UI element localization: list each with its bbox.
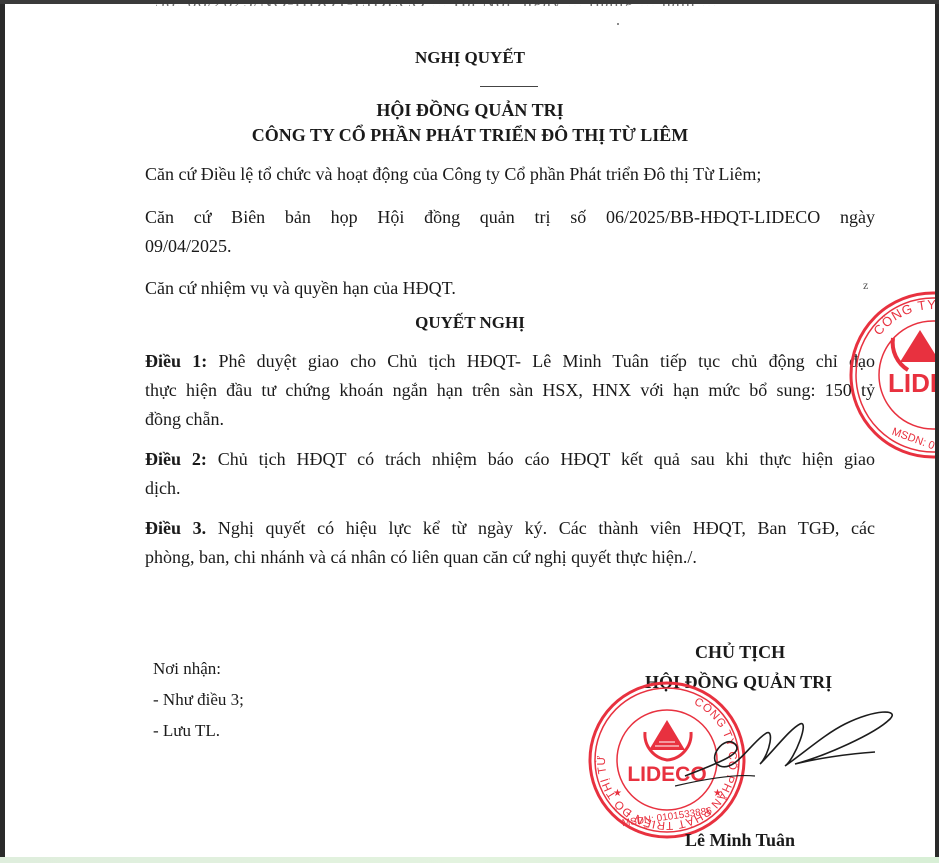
article-3-label: Điều 3. bbox=[145, 518, 206, 538]
article-1-line-1: Phê duyệt giao cho Chủ tịch HĐQT- Lê Min… bbox=[207, 351, 875, 371]
article-2: Điều 2: Chủ tịch HĐQT có trách nhiệm báo… bbox=[145, 445, 875, 503]
article-3-line-1: Nghị quyết có hiệu lực kể từ ngày ký. Cá… bbox=[206, 518, 875, 538]
article-2-label: Điều 2: bbox=[145, 449, 207, 469]
basis-1: Căn cứ Điều lệ tổ chức và hoạt động của … bbox=[145, 160, 875, 189]
handwritten-signature bbox=[675, 704, 905, 794]
article-2-line-2: dịch. bbox=[145, 478, 181, 498]
viewer-bottom-edge bbox=[0, 857, 939, 863]
recipients-heading: Nơi nhận: bbox=[153, 659, 221, 679]
basis-2-line-2: 09/04/2025. bbox=[145, 236, 232, 256]
article-1-label: Điều 1: bbox=[145, 351, 207, 371]
article-3-line-2: phòng, ban, chi nhánh và cá nhân có liên… bbox=[145, 547, 697, 567]
signatory-title-1: CHỦ TỊCH bbox=[695, 642, 785, 663]
basis-2-line-1: Căn cứ Biên bản họp Hội đồng quản trị số… bbox=[145, 203, 875, 232]
issuer-line-1: HỘI ĐỒNG QUẢN TRỊ bbox=[5, 100, 935, 121]
issuer-line-2: CÔNG TY CỔ PHẦN PHÁT TRIỂN ĐÔ THỊ TỪ LIÊ… bbox=[5, 125, 935, 146]
recipient-item: - Như điều 3; bbox=[153, 690, 244, 710]
article-3: Điều 3. Nghị quyết có hiệu lực kể từ ngà… bbox=[145, 514, 875, 572]
svg-text:★: ★ bbox=[613, 788, 622, 799]
title-underline bbox=[480, 86, 538, 87]
clipped-header-line: Số: 06/2025/NQ-HĐQT-LIDECO ... Hà Nội, n… bbox=[155, 4, 795, 6]
document-title: NGHỊ QUYẾT bbox=[5, 48, 935, 68]
article-1: Điều 1: Phê duyệt giao cho Chủ tịch HĐQT… bbox=[145, 347, 875, 434]
scan-speck bbox=[617, 23, 619, 25]
side-stamp-brand: LIDE bbox=[888, 368, 935, 398]
company-stamp-partial: CÔNG TY CỔ PHẦN PHÁT LIDE MSDN: 0 bbox=[848, 290, 935, 460]
document-page: Số: 06/2025/NQ-HĐQT-LIDECO ... Hà Nội, n… bbox=[5, 4, 935, 857]
article-1-line-2: thực hiện đầu tư chứng khoán ngắn hạn tr… bbox=[145, 376, 875, 405]
resolution-heading: QUYẾT NGHỊ bbox=[5, 313, 935, 333]
article-2-line-1: Chủ tịch HĐQT có trách nhiệm báo cáo HĐQ… bbox=[207, 449, 875, 469]
signer-name: Lê Minh Tuân bbox=[685, 830, 795, 851]
basis-3: Căn cứ nhiệm vụ và quyền hạn của HĐQT. bbox=[145, 274, 875, 303]
basis-2: Căn cứ Biên bản họp Hội đồng quản trị số… bbox=[145, 203, 875, 261]
article-1-line-3: đồng chẵn. bbox=[145, 409, 224, 429]
recipient-item: - Lưu TL. bbox=[153, 721, 220, 741]
